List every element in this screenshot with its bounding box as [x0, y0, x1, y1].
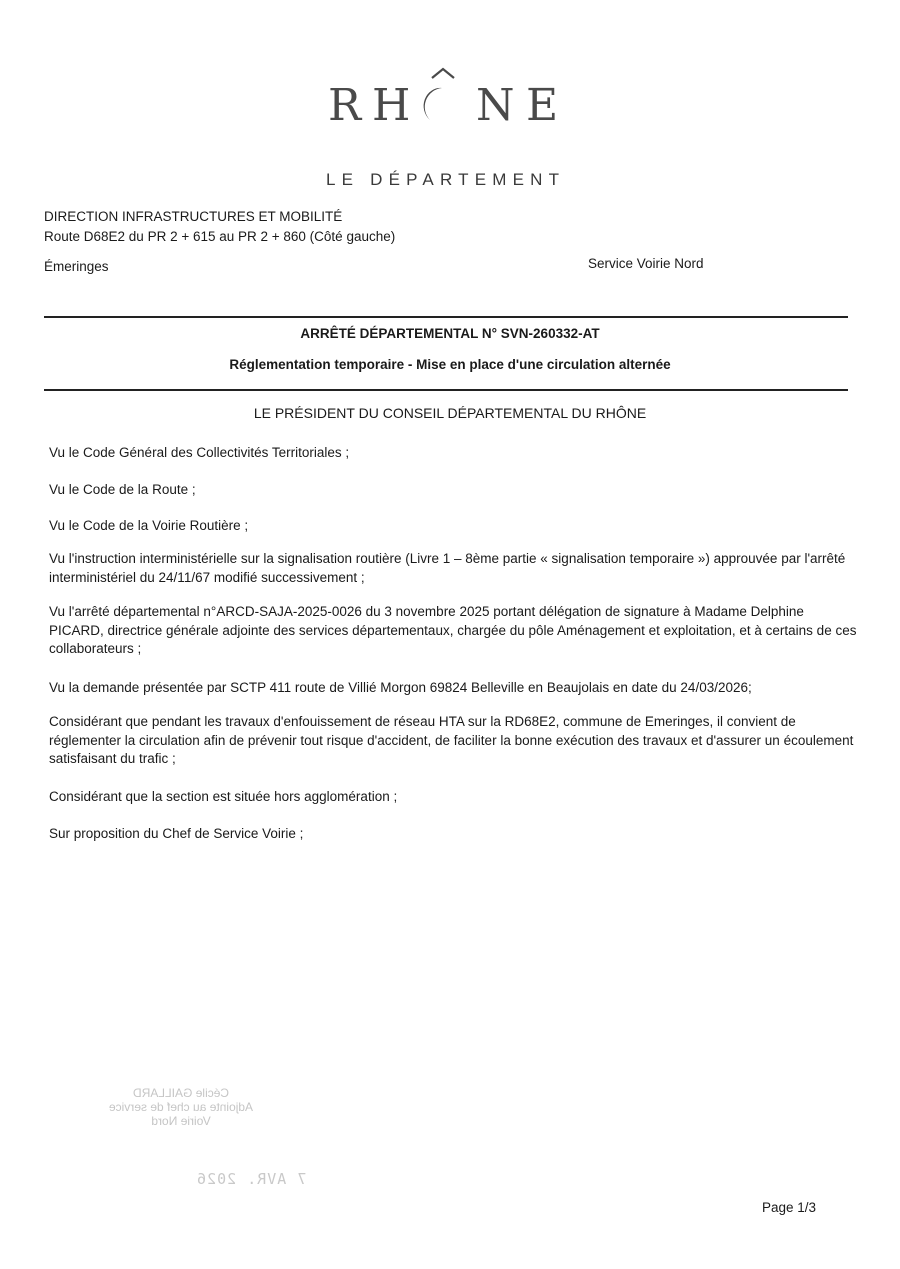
logo-letter-r: R — [328, 80, 367, 131]
commune-label: Émeringes — [44, 259, 109, 274]
president-heading: LE PRÉSIDENT DU CONSEIL DÉPARTEMENTAL DU… — [0, 405, 900, 421]
route-label: Route D68E2 du PR 2 + 615 au PR 2 + 860 … — [44, 229, 395, 244]
stamp-name: Cécile GAILLARD — [96, 1086, 266, 1100]
logo-letter-h: H — [372, 80, 416, 131]
paragraph: Vu le Code Général des Collectivités Ter… — [49, 444, 859, 463]
service-label: Service Voirie Nord — [588, 256, 704, 271]
paragraph: Considérant que pendant les travaux d'en… — [49, 713, 859, 769]
divider-top — [44, 316, 848, 318]
paragraph: Vu l'arrêté départemental n°ARCD-SAJA-20… — [49, 603, 859, 659]
rhone-logo: R H N E — [328, 80, 568, 130]
date-stamp-bleed: 7 AVR. 2026 — [196, 1170, 306, 1188]
direction-label: DIRECTION INFRASTRUCTURES ET MOBILITÉ — [44, 209, 342, 224]
divider-bottom — [44, 389, 848, 391]
page-number: Page 1/3 — [762, 1200, 816, 1215]
signature-stamp-bleed: Cécile GAILLARD Adjointe au chef de serv… — [96, 1086, 266, 1128]
logo-letter-e: E — [526, 80, 564, 131]
logo-letter-n: N — [476, 80, 521, 131]
paragraph: Sur proposition du Chef de Service Voiri… — [49, 825, 859, 844]
paragraph: Vu le Code de la Voirie Routière ; — [49, 517, 859, 536]
stamp-role: Adjointe au chef de service — [96, 1100, 266, 1114]
paragraph: Vu la demande présentée par SCTP 411 rou… — [49, 679, 859, 698]
paragraph: Vu l'instruction interministérielle sur … — [49, 550, 859, 587]
arrete-subject: Réglementation temporaire - Mise en plac… — [0, 357, 900, 372]
arrete-title: ARRÊTÉ DÉPARTEMENTAL N° SVN-260332-AT — [0, 326, 900, 341]
crescent-o-icon — [420, 84, 466, 130]
paragraph: Considérant que la section est située ho… — [49, 788, 859, 807]
circumflex-icon — [428, 66, 458, 80]
stamp-service: Voirie Nord — [96, 1114, 266, 1128]
paragraph: Vu le Code de la Route ; — [49, 481, 859, 500]
logo-subtitle: LE DÉPARTEMENT — [326, 170, 565, 190]
